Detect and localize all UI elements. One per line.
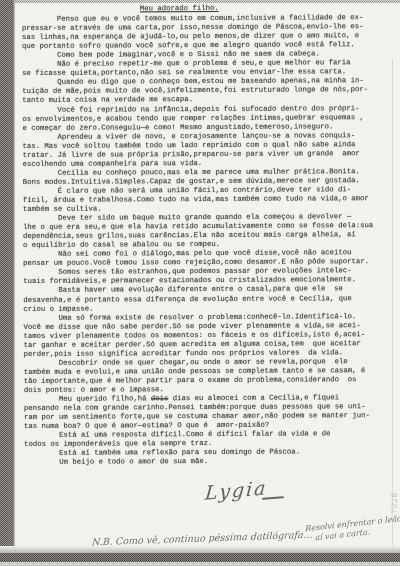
letter-body: Penso que eu e você temos muito em comum… <box>22 14 395 468</box>
paper-bottom-shadow <box>0 546 400 553</box>
scan-top-edge <box>0 0 400 3</box>
scan-left-edge <box>0 0 13 558</box>
scan-bottom-margin <box>0 562 400 566</box>
postscript-note-right: Resolvi enfrentar o leão: aí vai a carta… <box>305 514 400 545</box>
scan-bottom-edge <box>0 553 400 562</box>
margin-number: 7026 <box>391 492 399 514</box>
paper-left-shadow <box>13 0 15 554</box>
letter-line: tratar. Já livre de sua própria prisão,p… <box>23 150 394 161</box>
signature-flourish <box>262 496 284 499</box>
letter-text-block: Meu adorado filho. Penso que eu e você t… <box>22 4 395 468</box>
handwritten-signature: Lygia <box>204 477 268 505</box>
letter-line: desavenha,e é portanto essa diferença de… <box>23 295 394 306</box>
letter-line: Um beijo e todo o amor de sua mãe. <box>24 457 395 468</box>
letter-line: tão importante,que é melhor partir para … <box>24 376 395 387</box>
scanned-letter-page: Meu adorado filho. Penso que eu e você t… <box>0 0 400 566</box>
